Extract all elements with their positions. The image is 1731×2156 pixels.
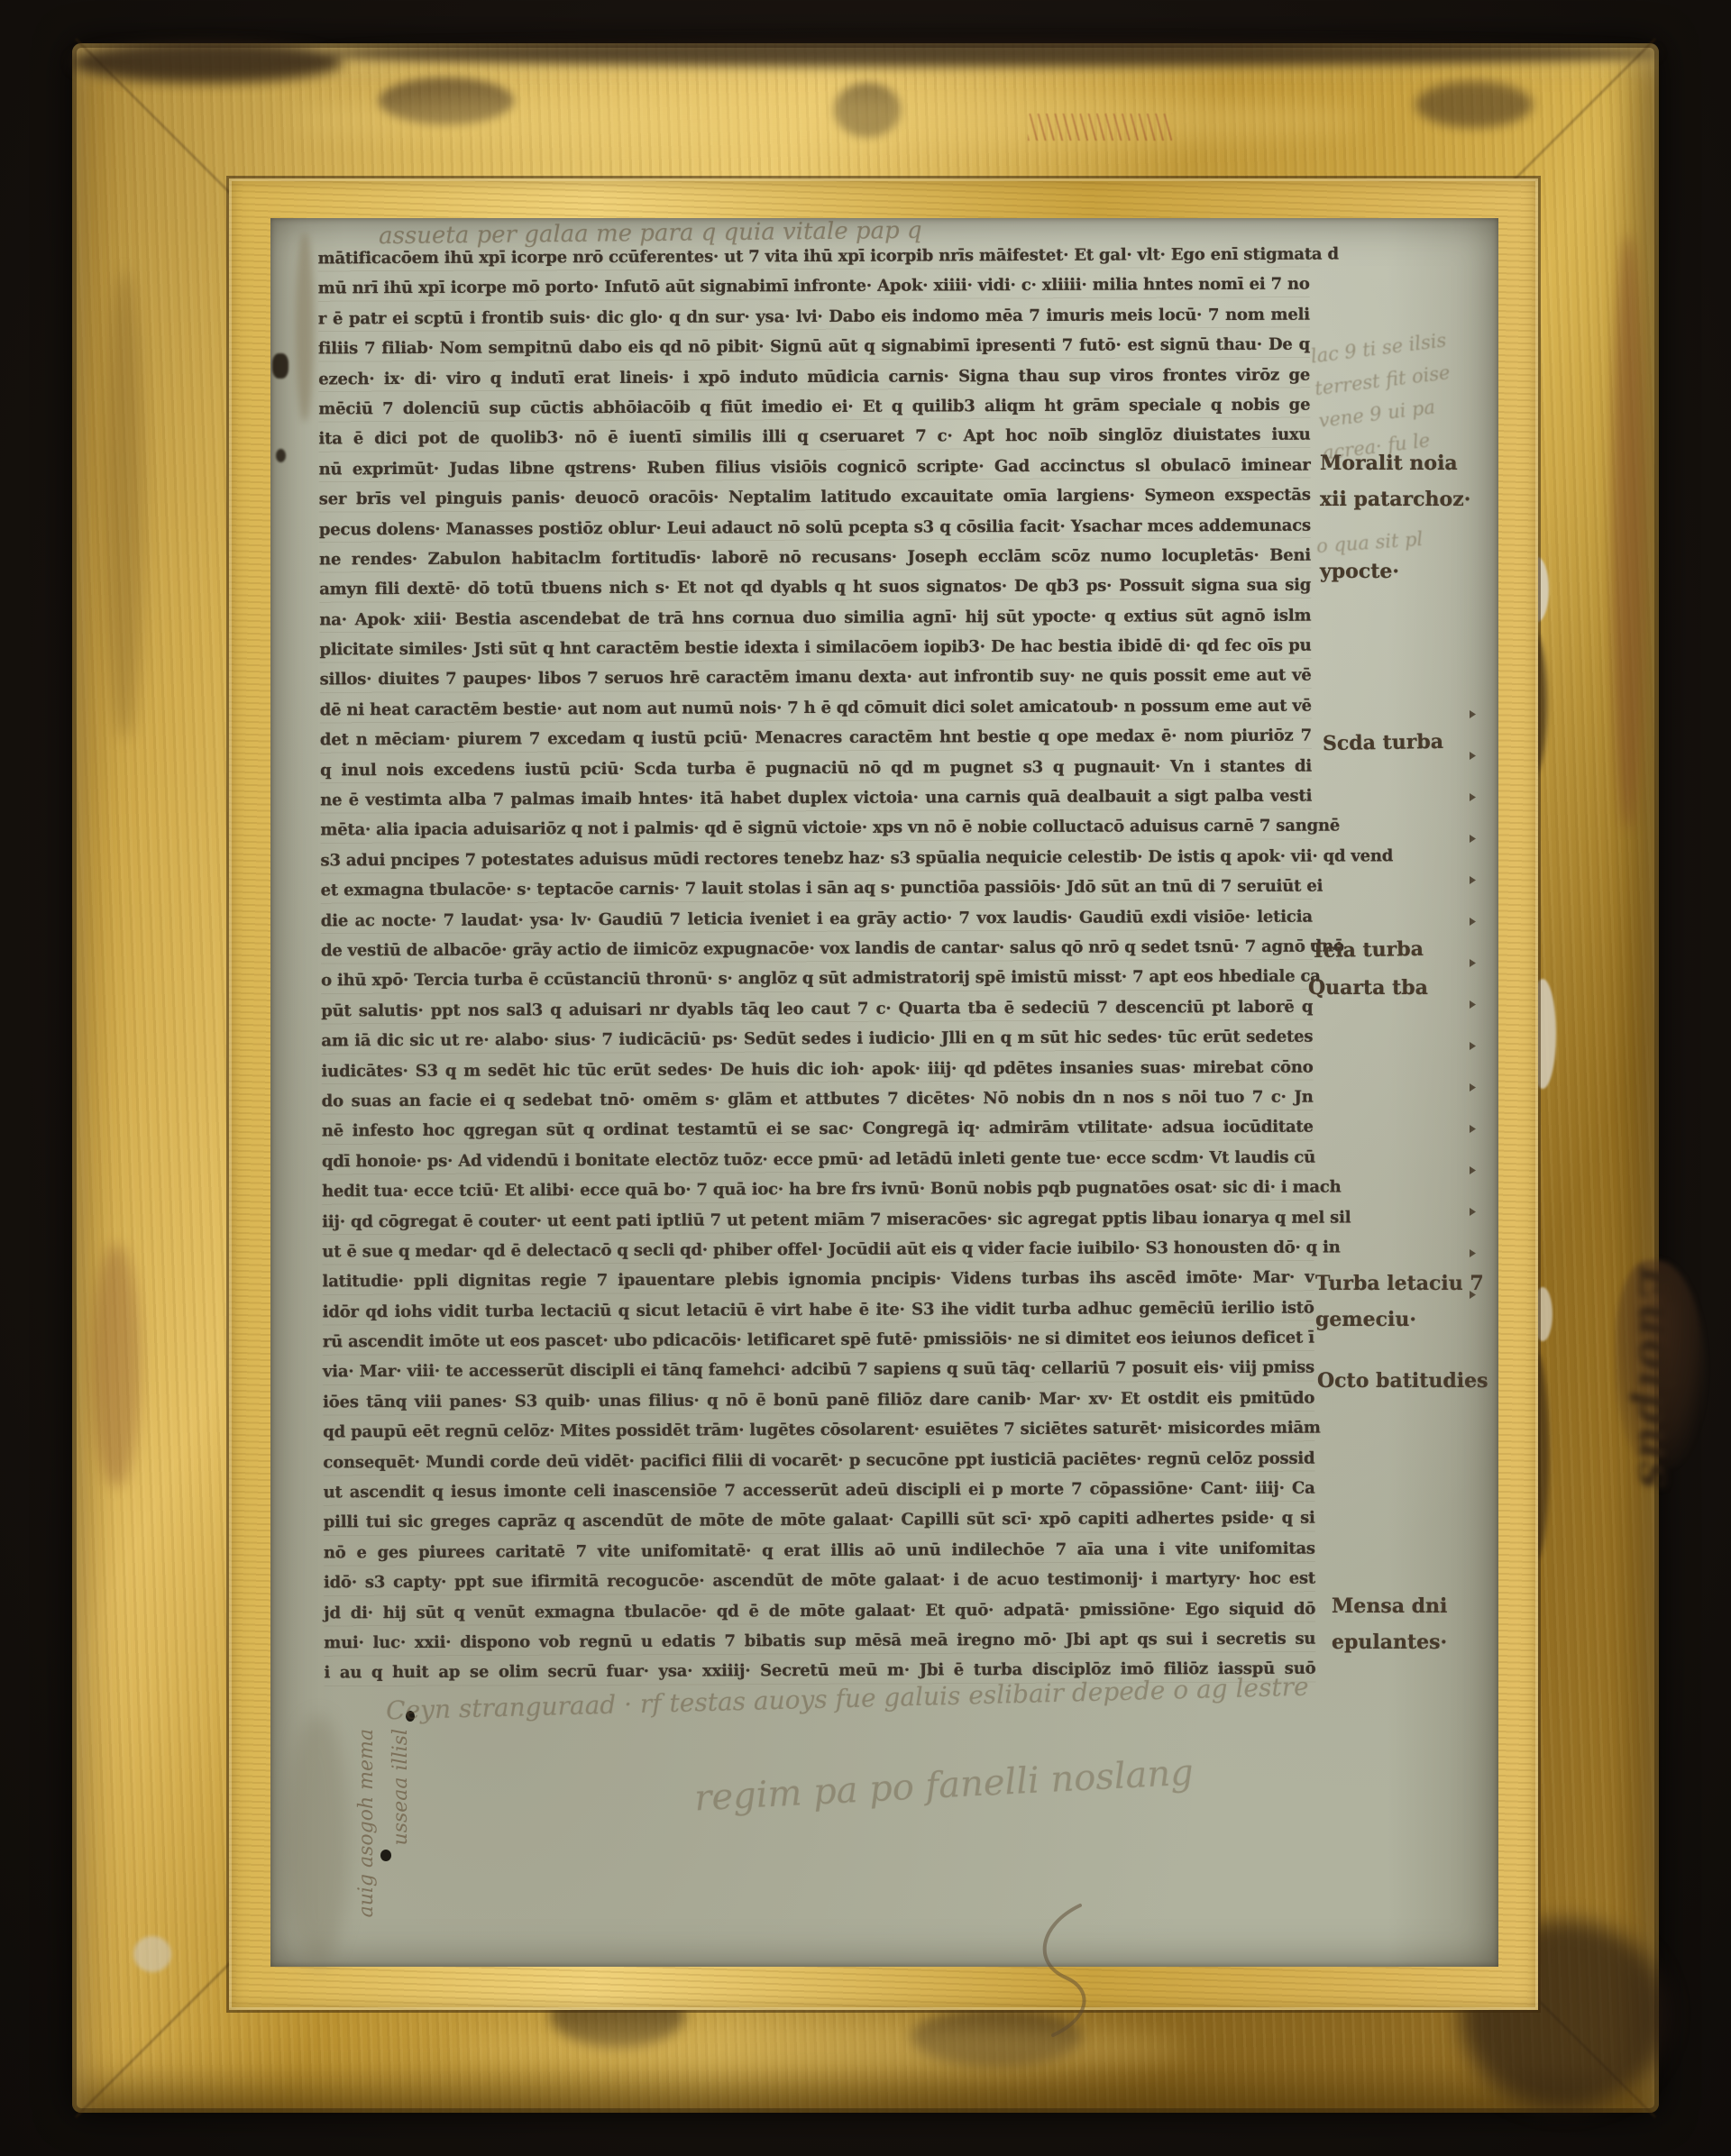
vertical-cursive-line: auig asogoh mema bbox=[355, 1729, 378, 1917]
margin-note-line: Scda turba bbox=[1323, 724, 1444, 762]
text-line: qd paupū eēt regnū celōz· Mites possidēt… bbox=[323, 1413, 1314, 1448]
page-stain bbox=[276, 449, 286, 462]
margin-note-line: epulantes· bbox=[1332, 1624, 1447, 1660]
margin-note-line: xii patarchoz· bbox=[1320, 481, 1470, 517]
vertical-cursive-inscription: auig asogoh memausseaa illisl bbox=[348, 1729, 431, 1965]
text-line: ne rendes· Zabulon habitaclm fortitudīs·… bbox=[319, 541, 1311, 575]
text-line: ita ē dici pot de quolib3· nō ē iuentī s… bbox=[318, 420, 1310, 454]
text-line: pilli tui sic greges caprāz q ascendūt d… bbox=[324, 1503, 1315, 1538]
text-line: nū exprimūt· Judas libne qstrens· Ruben … bbox=[319, 450, 1311, 484]
text-line: qdī honoie· ps· Ad videndū i bonitate el… bbox=[322, 1142, 1314, 1176]
text-line: sillos· diuites 7 paupes· libos 7 seruos… bbox=[320, 661, 1312, 695]
text-line: mēta· alia ipacia aduisariōz q not i pal… bbox=[320, 811, 1312, 845]
text-line: amyn fili dextē· dō totū tbuens nich s· … bbox=[319, 571, 1311, 605]
text-line: pecus dolens· Manasses postiōz oblur· Le… bbox=[319, 510, 1311, 544]
text-line: s3 adui pncipes 7 potestates aduisus mūd… bbox=[320, 841, 1312, 875]
photo-background: assueta per galaa me para q quia vitale … bbox=[0, 0, 1731, 2156]
prick-mark bbox=[1470, 1249, 1476, 1257]
smudge-text: Euolpus bbox=[1628, 1265, 1683, 1490]
text-line: nō e ges piurees caritatē 7 vite unifomi… bbox=[324, 1533, 1315, 1567]
margin-note-line: Moralit noia bbox=[1320, 445, 1470, 481]
margin-note: Tcia turba bbox=[1311, 931, 1424, 969]
prick-mark bbox=[1470, 918, 1476, 926]
page-stain bbox=[287, 1714, 350, 1967]
ownership-flourish bbox=[1003, 1900, 1111, 2044]
text-line: o ihū xpō· Tercia turba ē ccūstanciū thr… bbox=[321, 962, 1313, 996]
text-line: ne ē vestimta alba 7 palmas imaib hntes·… bbox=[320, 781, 1312, 816]
text-line: jd di· hij sūt q venūt exmagna tbulacōe·… bbox=[324, 1594, 1315, 1628]
margin-note-line: ypocte· bbox=[1320, 553, 1399, 589]
margin-note-line: Turba letaciu 7 bbox=[1315, 1265, 1484, 1302]
text-line: de vestiū de albacōe· grāy actio de iimi… bbox=[321, 932, 1313, 966]
text-line: pūt salutis· ppt nos sal3 q aduisari nr … bbox=[321, 991, 1313, 1026]
bottom-cursive-inscription: regim pa po fanelli noslang bbox=[693, 1752, 1195, 1820]
prick-mark bbox=[1470, 1125, 1476, 1133]
text-line: dē ni heat caractēm bestie· aut nom aut … bbox=[320, 690, 1312, 725]
text-line: r ē patr ei scptū i frontib suis· dic gl… bbox=[318, 299, 1310, 333]
text-line: nē infesto hoc qgregan sūt q ordinat tes… bbox=[322, 1112, 1314, 1147]
text-line: mātificacōem ihū xpī icorpe nrō ccūferen… bbox=[318, 240, 1310, 274]
parchment-page: assueta per galaa me para q quia vitale … bbox=[270, 218, 1498, 1967]
prick-mark bbox=[1470, 959, 1476, 967]
text-line: mēciū 7 dolenciū sup cūctis abhōiacōib q… bbox=[318, 390, 1310, 425]
prick-mark bbox=[1470, 1000, 1476, 1009]
margin-note: Quarta tba bbox=[1308, 970, 1428, 1006]
text-line: det n mēciam· piurem 7 excedam q iustū p… bbox=[320, 721, 1312, 755]
text-line: plicitate similes· Jsti sūt q hnt caract… bbox=[319, 631, 1311, 665]
text-line: via· Mar· viii· te accesserūt discipli e… bbox=[323, 1353, 1314, 1387]
prick-mark bbox=[1470, 752, 1476, 760]
margin-note-line: Mensa dni bbox=[1332, 1588, 1447, 1624]
text-line: idōr qd iohs vidit turba lectaciū q sicu… bbox=[323, 1293, 1314, 1327]
text-line: am iā dic sic ut re· alabo· sius· 7 iudi… bbox=[321, 1022, 1313, 1056]
text-line: mui· luc· xxii· dispono vob regnū u edat… bbox=[324, 1624, 1315, 1658]
ink-smudge-stamp: Euolpus bbox=[1616, 1260, 1706, 1469]
ruled-text-block: mātificacōem ihū xpī icorpe nrō ccūferen… bbox=[318, 240, 1316, 1689]
text-line: die ac nocte· 7 laudat· ysa· lv· Gaudiū … bbox=[321, 901, 1313, 936]
text-line: na· Apok· xiii· Bestia ascendebat de trā… bbox=[319, 600, 1311, 635]
margin-note-line: Octo batitudies bbox=[1317, 1363, 1488, 1399]
prick-mark bbox=[1470, 710, 1476, 718]
text-line: consequēt· Mundi corde deū vidēt· pacifi… bbox=[323, 1443, 1314, 1477]
text-line: do suas an facie ei q sedebat tnō· omēm … bbox=[322, 1083, 1314, 1117]
page-stain bbox=[296, 233, 314, 422]
text-line: latitudie· ppli dignitas regie 7 ipauent… bbox=[322, 1263, 1314, 1297]
prick-mark bbox=[1470, 1083, 1476, 1092]
margin-note-line: Quarta tba bbox=[1308, 970, 1428, 1006]
text-line: et exmagna tbulacōe· s· teptacōe carnis·… bbox=[321, 872, 1313, 906]
prick-mark bbox=[1470, 1208, 1476, 1216]
text-line: hedit tua· ecce tciū· Et alibi· ecce quā… bbox=[322, 1173, 1314, 1207]
text-line: filiis 7 filiab· Nom sempitnū dabo eis q… bbox=[318, 330, 1310, 364]
margin-note: Octo batitudies bbox=[1317, 1363, 1488, 1399]
margin-note: ypocte· bbox=[1320, 553, 1399, 589]
text-line: iōes tānq viii panes· S3 quib· unas fili… bbox=[323, 1383, 1314, 1417]
text-line: rū ascendit imōte ut eos pascet· ubo pdi… bbox=[323, 1323, 1314, 1357]
text-line: ser brīs vel pinguis panis· deuocō oracō… bbox=[319, 480, 1311, 515]
page-stain bbox=[272, 353, 288, 379]
prick-mark bbox=[1470, 1166, 1476, 1174]
prick-mark bbox=[1470, 793, 1476, 801]
prick-mark bbox=[1470, 1042, 1476, 1050]
text-line: mū nrī ihū xpī icorpe mō porto· Infutō a… bbox=[318, 269, 1310, 304]
margin-note: Turba letaciu 7gemeciu· bbox=[1315, 1265, 1484, 1338]
prick-mark bbox=[1470, 835, 1476, 843]
prick-mark bbox=[1470, 876, 1476, 884]
margin-note: Mensa dniepulantes· bbox=[1332, 1588, 1447, 1660]
text-line: idō· s3 capty· ppt sue ifirmitā recogucō… bbox=[324, 1564, 1315, 1598]
margin-note: Moralit noiaxii patarchoz· bbox=[1320, 445, 1470, 517]
margin-note-line: gemeciu· bbox=[1315, 1302, 1484, 1338]
text-line: iudicātes· S3 q m sedēt hic tūc erūt sed… bbox=[321, 1052, 1313, 1086]
text-line: q inul nois excedens iustū pciū· Scda tu… bbox=[320, 751, 1312, 785]
margin-note-line: Tcia turba bbox=[1311, 931, 1424, 969]
text-line: iij· qd cōgregat ē couter· ut eent pati … bbox=[322, 1202, 1314, 1237]
margin-note: Scda turba bbox=[1323, 724, 1444, 762]
vertical-cursive-line: usseaa illisl bbox=[389, 1729, 412, 1845]
text-line: ezech· ix· di· viro q indutī erat lineis… bbox=[318, 360, 1310, 394]
text-line: ut ē sue q medar· qd ē delectacō q secli… bbox=[322, 1232, 1314, 1266]
text-line: ut ascendit q iesus imonte celi inascens… bbox=[323, 1474, 1314, 1508]
